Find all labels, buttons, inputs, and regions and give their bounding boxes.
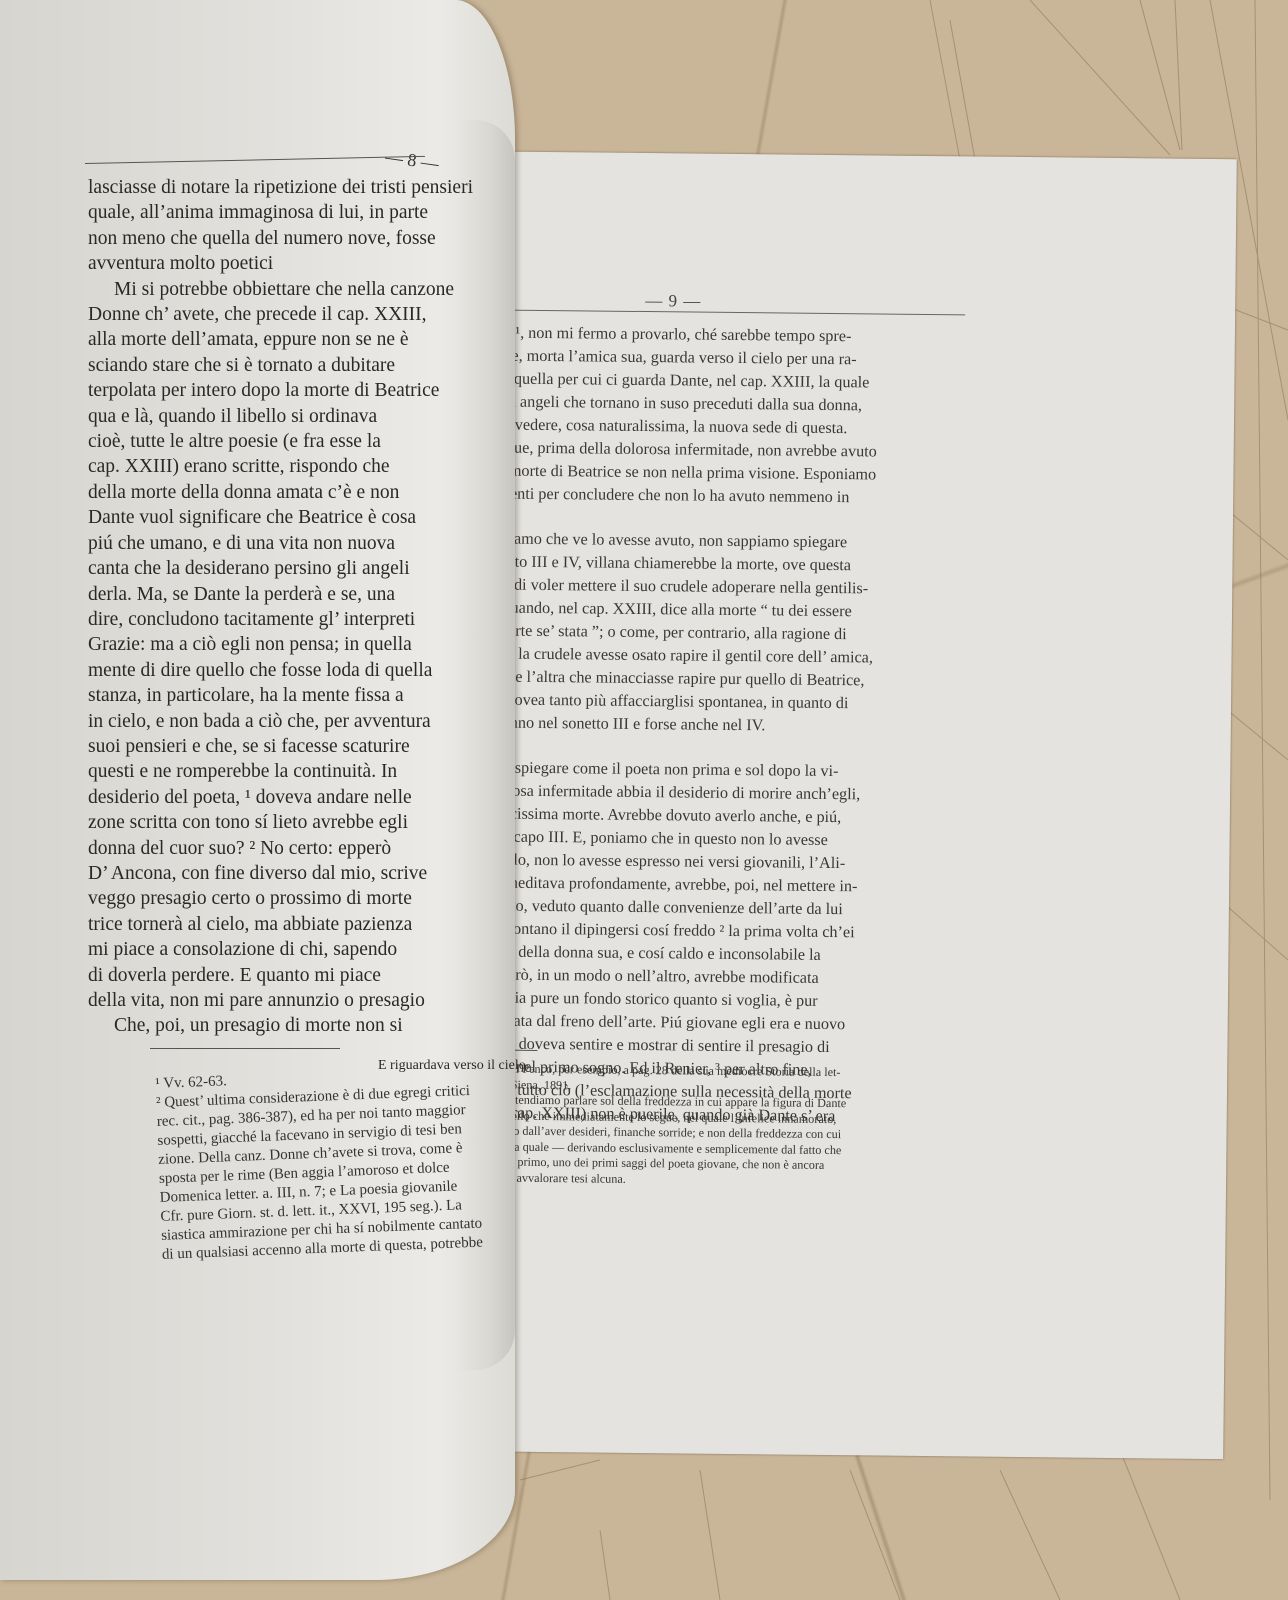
footnote-rule [150, 1048, 340, 1049]
text-line: cap. XXIII) erano scritte, rispondo che [88, 454, 468, 479]
text-line: Che, poi, un presagio di morte non si [88, 1013, 468, 1038]
text-line: Mi si potrebbe obbiettare che nella canz… [88, 277, 468, 302]
text-line: Dante vuol significare che Beatrice è co… [88, 505, 468, 530]
text-line: Grazie: ma a ciò egli non pensa; in quel… [88, 632, 468, 657]
text-line: della vita, non mi pare annunzio o presa… [88, 988, 468, 1013]
text-line: stanza, in particolare, ha la mente fiss… [88, 683, 468, 708]
text-line: della morte della donna amata c’è e non [88, 480, 468, 505]
text-line: veggo presagio certo o prossimo di morte [88, 886, 468, 911]
page-number-8: — 8 — [384, 146, 440, 174]
right-page-footnotes: vece il Penco, per esempio, a pag. 28 de… [486, 1061, 987, 1206]
text-line: di doverla perdere. E quanto mi piace [88, 963, 468, 988]
right-page: — 9 — o III ¹, non mi fermo a provarlo, … [423, 151, 1237, 1459]
text-line: sciando stare che si è tornato a dubitar… [88, 353, 468, 378]
text-line: zone scritta con tono sí lieto avrebbe e… [88, 810, 468, 835]
text-line: questi e ne romperebbe la continuità. In [88, 759, 468, 784]
text-line: derla. Ma, se Dante la perderà e se, una [88, 582, 468, 607]
text-line: terpolata per intero dopo la morte di Be… [88, 378, 468, 403]
left-page: — 8 — lasciasse di notare la ripetizione… [0, 0, 515, 1580]
text-line: mente di dire quello che fosse loda di q… [88, 658, 468, 683]
text-line: lasciasse di notare la ripetizione dei t… [88, 175, 468, 200]
header-rule [85, 156, 425, 164]
text-line: quale, all’anima immaginosa di lui, in p… [88, 200, 468, 225]
text-line: mi piace a consolazione di chi, sapendo [88, 937, 468, 962]
left-page-body: lasciasse di notare la ripetizione dei t… [88, 175, 468, 1078]
text-line: desiderio del poeta, ¹ doveva andare nel… [88, 785, 468, 810]
page-number-9: — 9 — [645, 291, 701, 312]
right-page-body: o III ¹, non mi fermo a provarlo, ché sa… [475, 321, 973, 1129]
text-line: piú che umano, e di una vita non nuova [88, 531, 468, 556]
text-line: Donne ch’ avete, che precede il cap. XXI… [88, 302, 468, 327]
text-line: D’ Ancona, con fine diverso dal mio, scr… [88, 861, 468, 886]
text-line: avventura molto poetici [88, 251, 468, 276]
text-line: qua e là, quando il libello si ordinava [88, 404, 468, 429]
text-line: dire, concludono tacitamente gl’ interpr… [88, 607, 468, 632]
paragraph-2: mettiamo che ve lo avesse avuto, non sap… [479, 527, 971, 739]
text-line: donna del cuor suo? ² No certo: epperò [88, 836, 468, 861]
text-line: non meno che quella del numero nove, fos… [88, 226, 468, 251]
left-page-footnotes: ¹ Vv. 62-63. ² Quest’ ultima considerazi… [155, 1062, 502, 1265]
text-line: cioè, tutte le altre poesie (e fra esse … [88, 429, 468, 454]
text-line: in cielo, e non bada a ciò che, per avve… [88, 709, 468, 734]
text-line: trice tornerà al cielo, ma abbiate pazie… [88, 912, 468, 937]
text-line: alla morte dell’amata, eppure non se ne … [88, 327, 468, 352]
paragraph-1: o III ¹, non mi fermo a provarlo, ché sa… [481, 321, 973, 510]
text-line: canta che la desiderano persino gli ange… [88, 556, 468, 581]
text-line: suoi pensieri e che, se si facesse scatu… [88, 734, 468, 759]
header-rule [475, 309, 965, 315]
